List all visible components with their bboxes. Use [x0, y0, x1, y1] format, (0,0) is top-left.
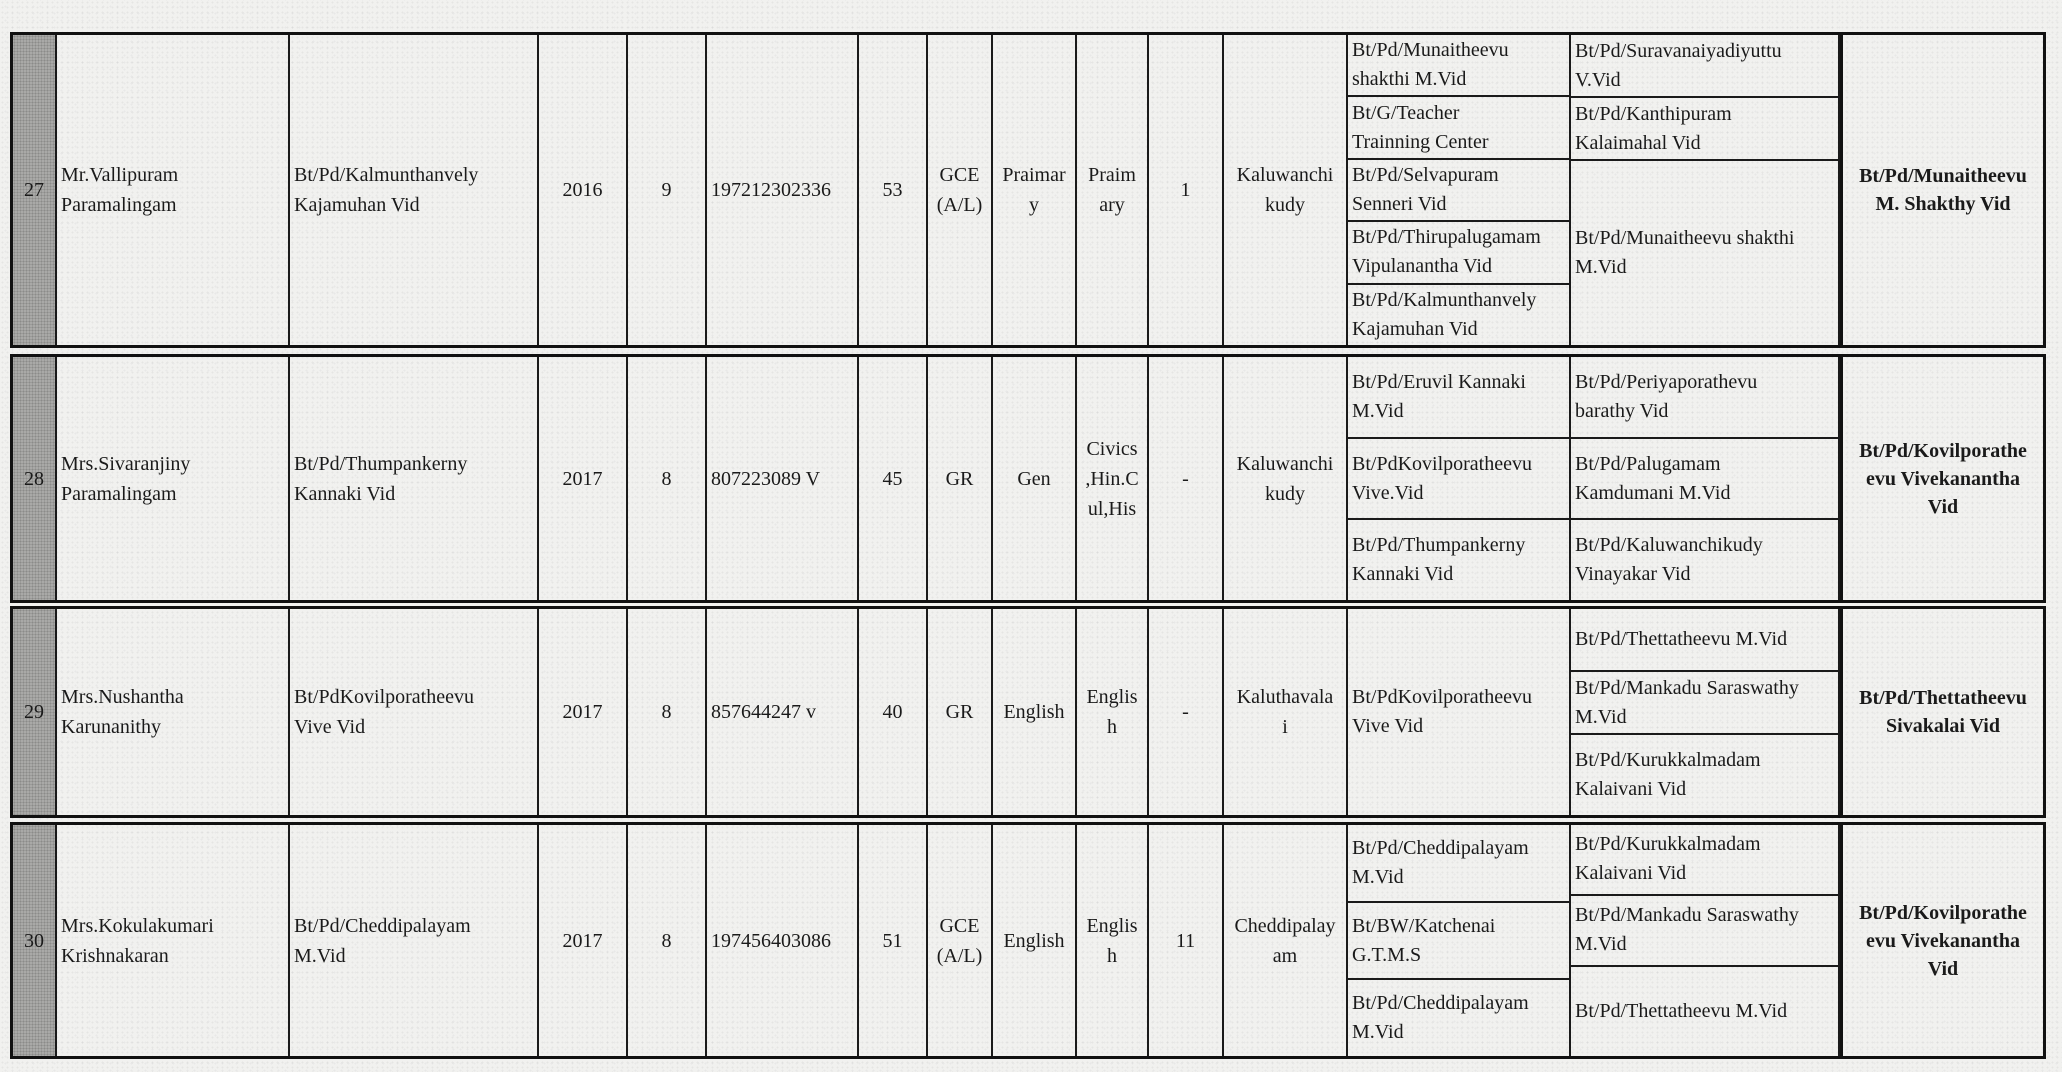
cell-zone: Kaluthavala i	[1224, 609, 1348, 815]
preference-b-item: Bt/Pd/Mankadu Saraswathy M.Vid	[1571, 672, 1838, 735]
cell-year: 2016	[539, 35, 628, 345]
cell-no: 27	[13, 35, 57, 345]
preference-a-item: Bt/Pd/Cheddipalayam M.Vid	[1348, 980, 1569, 1056]
cell-present-school: Bt/Pd/Kalmunthanvely Kajamuhan Vid	[290, 35, 539, 345]
preference-b-item: Bt/Pd/Kanthipuram Kalaimahal Vid	[1571, 98, 1838, 161]
preference-b-item: Bt/Pd/Palugamam Kamdumani M.Vid	[1571, 439, 1838, 521]
cell-decision: Bt/Pd/Munaitheevu M. Shakthy Vid	[1840, 35, 2043, 345]
cell-nic: 197456403086	[707, 825, 859, 1056]
preference-a-item: Bt/Pd/Eruvil Kannaki M.Vid	[1348, 357, 1569, 439]
table-row: 27Mr.Vallipuram ParamalingamBt/Pd/Kalmun…	[10, 32, 2046, 348]
preference-b-item: Bt/Pd/Kurukkalmadam Kalaivani Vid	[1571, 825, 1838, 896]
preference-b-item: Bt/Pd/Mankadu Saraswathy M.Vid	[1571, 896, 1838, 967]
preference-a-item: Bt/Pd/Cheddipalayam M.Vid	[1348, 825, 1569, 903]
cell-service: 9	[628, 35, 707, 345]
cell-qualification: GCE (A/L)	[928, 35, 993, 345]
preference-a-item: Bt/Pd/Munaitheevu shakthi M.Vid	[1348, 35, 1569, 97]
cell-service: 8	[628, 825, 707, 1056]
cell-medium: Praim ary	[1077, 35, 1149, 345]
cell-year: 2017	[539, 357, 628, 600]
cell-name: Mrs.Sivaranjiny Paramalingam	[57, 357, 290, 600]
cell-no: 28	[13, 357, 57, 600]
cell-present-school: Bt/Pd/Thumpankerny Kannaki Vid	[290, 357, 539, 600]
cell-age: 45	[859, 357, 928, 600]
cell-decision: Bt/Pd/Kovilporathe evu Vivekanantha Vid	[1840, 825, 2043, 1056]
cell-qualification: GCE (A/L)	[928, 825, 993, 1056]
preference-b-item: Bt/Pd/Kurukkalmadam Kalaivani Vid	[1571, 735, 1838, 815]
preference-b-item: Bt/Pd/Periyaporathevu barathy Vid	[1571, 357, 1838, 439]
preference-b-item: Bt/Pd/Munaitheevu shakthi M.Vid	[1571, 161, 1838, 345]
preference-a-list: Bt/Pd/Cheddipalayam M.VidBt/BW/Katchenai…	[1348, 825, 1571, 1056]
cell-service: 8	[628, 609, 707, 815]
cell-count: 11	[1149, 825, 1224, 1056]
cell-age: 53	[859, 35, 928, 345]
cell-subject: Gen	[993, 357, 1077, 600]
cell-qualification: GR	[928, 357, 993, 600]
cell-year: 2017	[539, 825, 628, 1056]
cell-nic: 807223089 V	[707, 357, 859, 600]
cell-zone: Kaluwanchi kudy	[1224, 357, 1348, 600]
cell-present-school: Bt/Pd/Cheddipalayam M.Vid	[290, 825, 539, 1056]
cell-no: 29	[13, 609, 57, 815]
preference-a-item: Bt/G/Teacher Trainning Center	[1348, 97, 1569, 159]
cell-qualification: GR	[928, 609, 993, 815]
preference-a-item: Bt/Pd/Kalmunthanvely Kajamuhan Vid	[1348, 285, 1569, 345]
cell-decision: Bt/Pd/Thettatheevu Sivakalai Vid	[1840, 609, 2043, 815]
cell-age: 51	[859, 825, 928, 1056]
cell-subject: English	[993, 609, 1077, 815]
cell-count: 1	[1149, 35, 1224, 345]
preference-b-item: Bt/Pd/Suravanaiyadiyuttu V.Vid	[1571, 35, 1838, 98]
cell-zone: Cheddipalay am	[1224, 825, 1348, 1056]
preference-b-item: Bt/Pd/Thettatheevu M.Vid	[1571, 609, 1838, 672]
table-row: 30Mrs.Kokulakumari KrishnakaranBt/Pd/Che…	[10, 822, 2046, 1059]
cell-nic: 197212302336	[707, 35, 859, 345]
cell-name: Mrs.Nushantha Karunanithy	[57, 609, 290, 815]
cell-subject: Praimar y	[993, 35, 1077, 345]
preference-b-list: Bt/Pd/Periyaporathevu barathy VidBt/Pd/P…	[1571, 357, 1840, 600]
cell-subject: English	[993, 825, 1077, 1056]
cell-medium: Englis h	[1077, 825, 1149, 1056]
table-row: 28Mrs.Sivaranjiny ParamalingamBt/Pd/Thum…	[10, 354, 2046, 603]
cell-decision: Bt/Pd/Kovilporathe evu Vivekanantha Vid	[1840, 357, 2043, 600]
preference-a-item: Bt/Pd/Selvapuram Senneri Vid	[1348, 160, 1569, 222]
cell-present-school: Bt/PdKovilporatheevu Vive Vid	[290, 609, 539, 815]
cell-service: 8	[628, 357, 707, 600]
cell-age: 40	[859, 609, 928, 815]
preference-b-item: Bt/Pd/Kaluwanchikudy Vinayakar Vid	[1571, 520, 1838, 600]
cell-year: 2017	[539, 609, 628, 815]
preference-a-item: Bt/Pd/Thirupalugamam Vipulanantha Vid	[1348, 222, 1569, 284]
cell-nic: 857644247 v	[707, 609, 859, 815]
cell-medium: Englis h	[1077, 609, 1149, 815]
cell-zone: Kaluwanchi kudy	[1224, 35, 1348, 345]
cell-count: -	[1149, 609, 1224, 815]
cell-name: Mrs.Kokulakumari Krishnakaran	[57, 825, 290, 1056]
table-row: 29Mrs.Nushantha KarunanithyBt/PdKovilpor…	[10, 606, 2046, 818]
preference-b-list: Bt/Pd/Suravanaiyadiyuttu V.VidBt/Pd/Kant…	[1571, 35, 1840, 345]
preference-a-list: Bt/Pd/Munaitheevu shakthi M.VidBt/G/Teac…	[1348, 35, 1571, 345]
cell-medium: Civics ,Hin.C ul,His	[1077, 357, 1149, 600]
preference-b-item: Bt/Pd/Thettatheevu M.Vid	[1571, 967, 1838, 1056]
preference-a-item: Bt/PdKovilporatheevu Vive Vid	[1348, 609, 1569, 815]
preference-b-list: Bt/Pd/Kurukkalmadam Kalaivani VidBt/Pd/M…	[1571, 825, 1840, 1056]
preference-a-item: Bt/BW/Katchenai G.T.M.S	[1348, 903, 1569, 981]
preference-a-list: Bt/Pd/Eruvil Kannaki M.VidBt/PdKovilpora…	[1348, 357, 1571, 600]
cell-no: 30	[13, 825, 57, 1056]
preference-b-list: Bt/Pd/Thettatheevu M.VidBt/Pd/Mankadu Sa…	[1571, 609, 1840, 815]
cell-name: Mr.Vallipuram Paramalingam	[57, 35, 290, 345]
preference-a-list: Bt/PdKovilporatheevu Vive Vid	[1348, 609, 1571, 815]
cell-count: -	[1149, 357, 1224, 600]
preference-a-item: Bt/Pd/Thumpankerny Kannaki Vid	[1348, 520, 1569, 600]
preference-a-item: Bt/PdKovilporatheevu Vive.Vid	[1348, 439, 1569, 521]
